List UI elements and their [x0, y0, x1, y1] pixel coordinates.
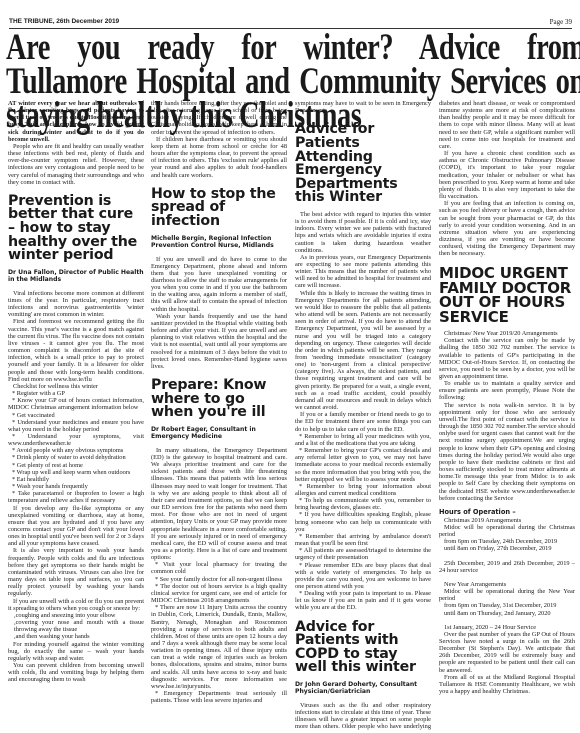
section-heading-emergency: Advice for Patients Attending Emergency … [295, 123, 431, 205]
hours-of-operation-heading: Hours of Operation – [439, 508, 575, 516]
paragraph: For minding yourself against the winter … [8, 641, 144, 662]
paragraph: The service is nota walk-in service. It … [439, 402, 575, 502]
paragraph: If you develop any flu-like symptoms or … [8, 505, 144, 548]
byline: Dr Una Fallon, Director of Public Health… [8, 269, 144, 283]
paragraph: You can prevent children from becoming u… [8, 662, 144, 683]
list-item: ,coughing and sneezing into your elbow [8, 612, 144, 619]
hours-line: from 6pm on Tuesday, 31st December, 2019 [439, 602, 575, 609]
paragraph: First and foremost we recommend getting … [8, 318, 144, 382]
column-1: AT winter every year we hear about outbr… [8, 100, 144, 730]
paragraph: diabetes and heart disease, or weak or c… [439, 100, 575, 150]
hours-line: Midoc will be operational during the Chr… [439, 524, 575, 538]
list-item: * Remember that arriving by ambulance do… [295, 533, 431, 547]
paragraph: People who are fit and healthy can usual… [8, 143, 144, 186]
list-item: * There are now 11 Injury Units across t… [151, 604, 287, 690]
paragraph: If children have diarrhoea or vomiting y… [151, 136, 287, 179]
section-heading-midoc: MIDOC URGENT FAMILY DOCTOR OUT OF HOURS … [439, 266, 575, 324]
paragraph: If you are feeling that an infection is … [439, 200, 575, 257]
column-3: symptoms may have to wait to be seen in … [295, 100, 431, 730]
list-item: * See your family doctor for all non-urg… [151, 576, 287, 583]
section-heading-prevention: Prevention is better that cure – how to … [8, 195, 144, 263]
paragraph: In many situations, the Emergency Depart… [151, 447, 287, 562]
paragraph: If you have a chronic chest condition su… [439, 150, 575, 200]
list-item: * Remember to bring all your medicines w… [295, 433, 431, 447]
checklist-item: * Get vaccinated [8, 412, 144, 419]
paragraph: their hands before eating, after they us… [151, 100, 287, 136]
hours-line: until 8am on Friday, 27th December, 2019 [439, 545, 575, 552]
hours-line: 25th December, 2019 and 26th December, 2… [439, 560, 575, 574]
paragraph: If you are unwell and do have to come to… [151, 256, 287, 313]
checklist-item: * Register with a GP [8, 390, 144, 397]
byline: Dr John Gerard Doherty, Consultant Physi… [295, 681, 431, 695]
paragraph: symptoms may have to wait to be seen in … [295, 100, 431, 114]
hours-line: New Year Arrangements [439, 581, 575, 588]
checklist-item: * Get plenty of rest at home [8, 462, 144, 469]
column-2: their hands before eating, after they us… [151, 100, 287, 730]
hours-line: 1st January, 2020 – 24 Hour Service [439, 624, 575, 631]
checklist-item: * Drink plenty of water to avoid dehydra… [8, 454, 144, 461]
list-item: ,and then washing your hands [8, 633, 144, 640]
paragraph: Wash your hands frequently and use the h… [151, 313, 287, 370]
hours-line: from 6pm on Tuesday, 24th December, 2019 [439, 538, 575, 545]
section-heading-prepare: Prepare: Know where to go when you're il… [151, 379, 287, 420]
section-heading-infection: How to stop the spread of infection [151, 188, 287, 229]
paragraph: If you or a family member or friend need… [295, 411, 431, 432]
list-item: * To help us communicate with you, remem… [295, 497, 431, 511]
checklist-item: * Take paracetamol or ibuprofen to lower… [8, 490, 144, 504]
paragraph: While this is likely to increase the wai… [295, 290, 431, 412]
article-columns: AT winter every year we hear about outbr… [8, 100, 574, 730]
checklist-item: * Avoid people with any obvious symptoms [8, 447, 144, 454]
paragraph: Viral infections become more common at d… [8, 290, 144, 319]
paragraph: The best advice with regard to injuries … [295, 211, 431, 254]
hours-line: until 8am on Thursday, 2nd January, 2020 [439, 610, 575, 617]
paragraph: To enable us to maintain a quality servi… [439, 380, 575, 401]
list-item: * The doctor out of hours service is a h… [151, 583, 287, 604]
list-item: * Remember to bring your GP's contact de… [295, 447, 431, 483]
hours-line: Midoc will be operational during the New… [439, 588, 575, 602]
list-item: ,covering your nose and mouth with a tis… [8, 619, 144, 633]
checklist-title: Checklist for wellness this winter [8, 383, 144, 390]
list-item: * Please remember EDs are busy places th… [295, 562, 431, 591]
checklist-item: * Know your GP out of hours contact info… [8, 397, 144, 411]
list-item: * All patients are assessed/triaged to d… [295, 547, 431, 561]
paragraph: Viruses such as the flu and other respir… [295, 702, 431, 730]
publication-date: THE TRIBUNE, 26th December 2019 [9, 18, 119, 25]
intro-paragraph: AT winter every year we hear about outbr… [8, 100, 144, 143]
checklist-item: * Wash your hands frequently [8, 483, 144, 490]
byline: Michelle Bergin, Regional Infection Prev… [151, 235, 287, 249]
list-item: * If you have difficulties speaking Engl… [295, 511, 431, 532]
page-number: Page 39 [550, 18, 572, 26]
checklist-item: * Eat healthily [8, 476, 144, 483]
hours-line: Christmas 2019 Arrangements [439, 517, 575, 524]
checklist-item: * Understand your symptoms, visit www.un… [8, 433, 144, 447]
list-item: * Visit your local pharmacy for treating… [151, 561, 287, 575]
paragraph: From all of us at the Midland Regional H… [439, 674, 575, 695]
paragraph: If you are unwell with a cold or flu you… [8, 598, 144, 612]
section-heading-copd: Advice for Patients with COPD to stay we… [295, 621, 431, 675]
byline: Dr Robert Eager, Consultant in Emergency… [151, 426, 287, 440]
paragraph: As in previous years, our Emergency Depa… [295, 254, 431, 290]
list-item: * Emergency Departments treat seriously … [151, 690, 287, 704]
paragraph: Over the past number of years the GP Out… [439, 631, 575, 674]
list-item: * Dealing with your pain is important to… [295, 590, 431, 611]
column-4: diabetes and heart disease, or weak or c… [439, 100, 575, 730]
paragraph: Contact with the service can only be mad… [439, 337, 575, 380]
list-item: * Remember to bring your information abo… [295, 483, 431, 497]
checklist-item: * Understand your medicines and ensure y… [8, 419, 144, 433]
paragraph: Christmas/ New Year 2019/20 Arrangements [439, 330, 575, 337]
paragraph: It is also very important to wash your h… [8, 547, 144, 597]
checklist-item: * Wrap up well and keep warm when outdoo… [8, 469, 144, 476]
